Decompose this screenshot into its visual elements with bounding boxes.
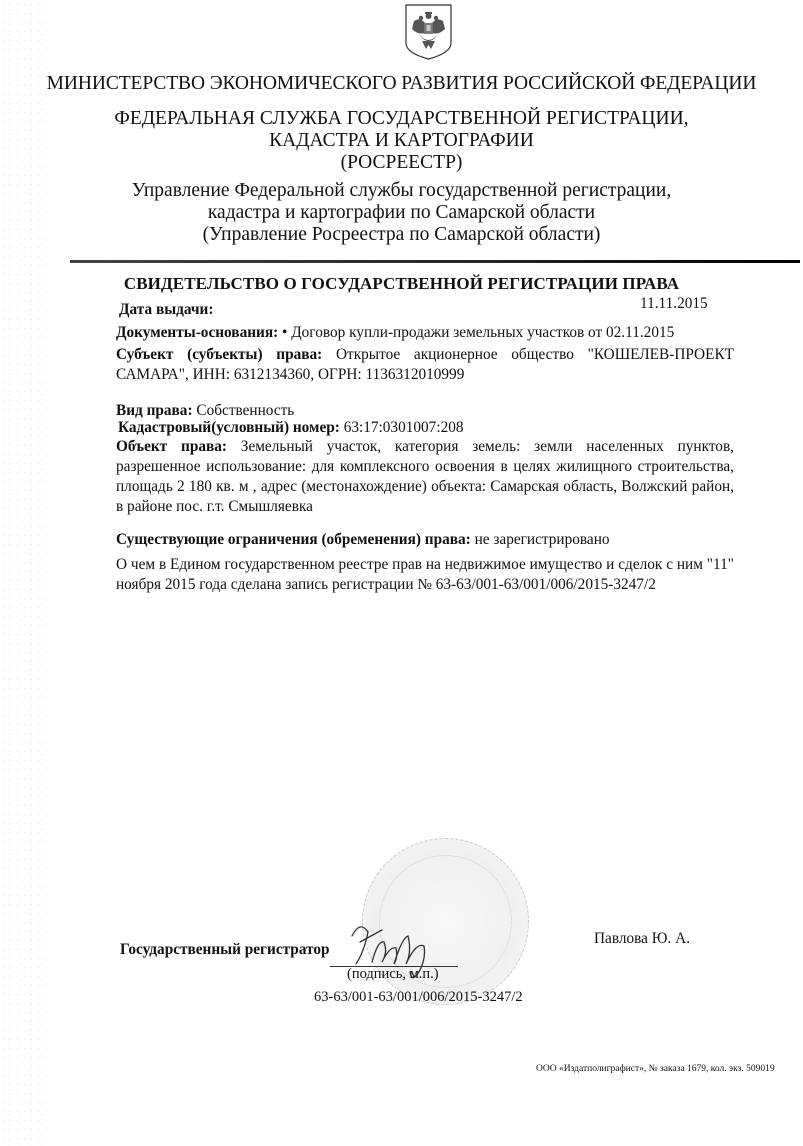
subject-field: Субъект (субъекты) права: Открытое акцио… [116,345,734,385]
signature-caption: (подпись, м.п.) [347,966,439,983]
russian-coat-of-arms-icon [400,3,457,61]
service-heading: ФЕДЕРАЛЬНАЯ СЛУЖБА ГОСУДАРСТВЕННОЙ РЕГИС… [0,108,803,174]
issue-date-value: 11.11.2015 [640,294,708,314]
department-heading-line: кадастра и картографии по Самарской обла… [0,202,803,224]
basis-documents-label: Документы-основания: [116,324,278,341]
registrar-label: Государственный регистратор [120,940,330,960]
department-heading-line: Управление Федеральной службы государств… [0,180,803,202]
service-heading-line: ФЕДЕРАЛЬНАЯ СЛУЖБА ГОСУДАРСТВЕННОЙ РЕГИС… [0,108,803,130]
restrictions-field: Существующие ограничения (обременения) п… [116,530,734,550]
department-heading: Управление Федеральной службы государств… [0,180,803,246]
issue-date-label: Дата выдачи: [119,300,213,320]
printer-info: ООО «Издатполиграфист», № заказа 1679, к… [536,1064,775,1074]
right-type-value: Собственность [196,402,294,419]
subject-label: Субъект (субъекты) права: [116,346,322,363]
certificate-title: СВИДЕТЕЛЬСТВО О ГОСУДАРСТВЕННОЙ РЕГИСТРА… [0,274,803,294]
basis-documents-value: • Договор купли-продажи земельных участк… [282,324,674,341]
header-divider [70,260,800,263]
restrictions-label: Существующие ограничения (обременения) п… [116,531,471,548]
object-field: Объект права: Земельный участок, категор… [116,437,734,517]
object-label: Объект права: [116,438,227,455]
service-heading-line: (РОСРЕЕСТР) [0,152,803,174]
cadastral-number-field: Кадастровый(условный) номер: 63:17:03010… [118,418,736,438]
registry-statement: О чем в Едином государственном реестре п… [116,555,734,595]
ministry-heading: МИНИСТЕРСТВО ЭКОНОМИЧЕСКОГО РАЗВИТИЯ РОС… [0,73,803,95]
basis-documents-field: Документы-основания: • Договор купли-про… [116,323,734,343]
department-heading-line: (Управление Росреестра по Самарской обла… [0,224,803,246]
registrar-name: Павлова Ю. А. [594,930,690,948]
cadastral-number-label: Кадастровый(условный) номер: [118,419,340,436]
right-type-label: Вид права: [116,402,193,419]
cadastral-number-value: 63:17:0301007:208 [344,419,464,436]
service-heading-line: КАДАСТРА И КАРТОГРАФИИ [0,130,803,152]
record-number: 63-63/001-63/001/006/2015-3247/2 [314,989,523,1006]
restrictions-value: не зарегистрировано [475,531,610,548]
